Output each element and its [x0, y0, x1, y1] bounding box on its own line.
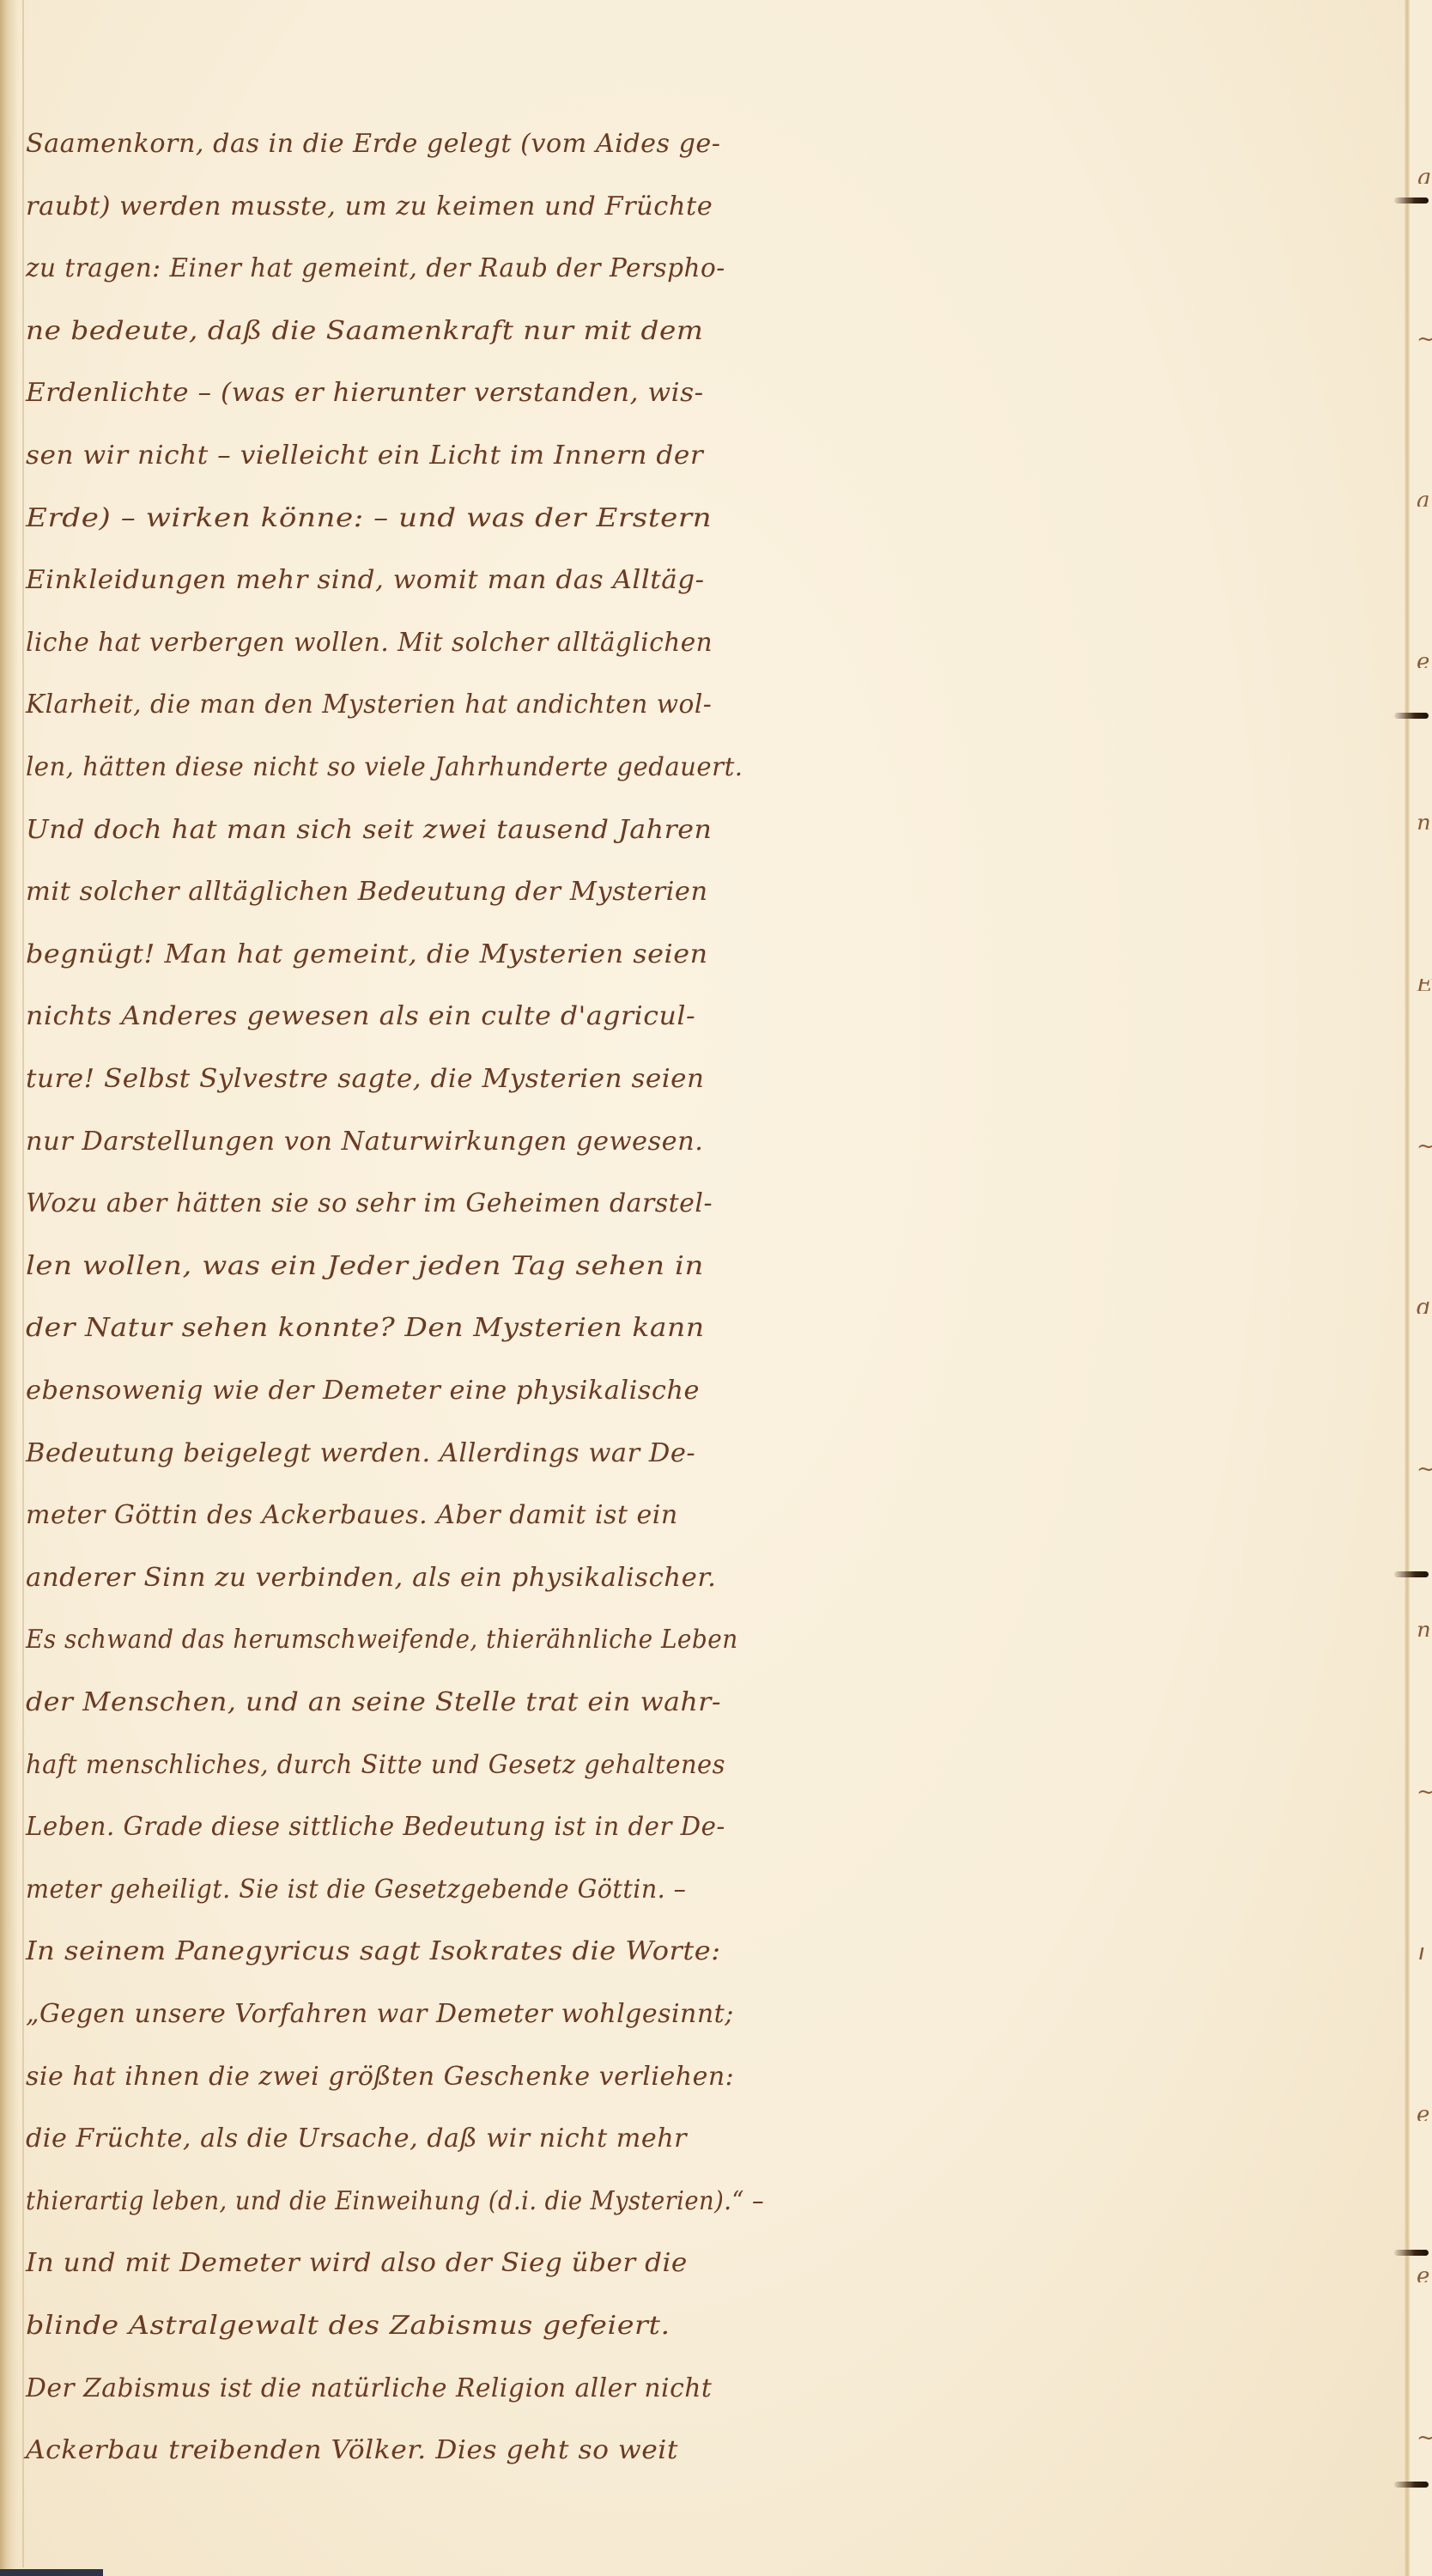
manuscript-line: haft menschliches, durch Sitte und Geset… [26, 1750, 725, 1780]
facing-page-glyph: g [1417, 172, 1432, 184]
manuscript-line: Erde) – wirken könne: – und was der Erst… [26, 503, 712, 533]
manuscript-line: In und mit Demeter wird also der Sieg üb… [26, 2248, 688, 2278]
manuscript-line: ture! Selbst Sylvestre sagte, die Myster… [26, 1064, 704, 1094]
manuscript-line: die Früchte, als die Ursache, daß wir ni… [26, 2123, 687, 2154]
facing-page-glyph: ~ [1417, 2432, 1432, 2444]
page-stack-edge [0, 0, 19, 2576]
facing-page-glyph: n [1417, 1625, 1432, 1637]
facing-page-glyph: n [1417, 817, 1432, 829]
binding-thread [1394, 2482, 1429, 2488]
manuscript-line: Leben. Grade diese sittliche Bedeutung i… [26, 1812, 725, 1842]
facing-page-glyph: ~ [1417, 333, 1432, 345]
binding-thread [1394, 197, 1429, 204]
manuscript-line: meter geheiligt. Sie ist die Gesetzgeben… [26, 1874, 686, 1905]
manuscript-line: nur Darstellungen von Naturwirkungen gew… [26, 1127, 703, 1157]
manuscript-line: „Gegen unsere Vorfahren war Demeter wohl… [26, 1999, 734, 2029]
facing-page-glyph: E [1417, 979, 1432, 991]
facing-page-glyph: ~ [1417, 1786, 1432, 1798]
manuscript-line: len, hätten diese nicht so viele Jahrhun… [26, 752, 743, 782]
facing-page-glyph: e [1417, 656, 1432, 668]
manuscript-line: Klarheit, die man den Mysterien hat andi… [26, 690, 712, 720]
page-edge-line [22, 0, 24, 2567]
manuscript-line: der Natur sehen konnte? Den Mysterien ka… [26, 1313, 705, 1343]
manuscript-line: len wollen, was ein Jeder jeden Tag sehe… [26, 1251, 704, 1281]
manuscript-line: Und doch hat man sich seit zwei tausend … [26, 815, 712, 845]
manuscript-line: Erdenlichte – (was er hierunter verstand… [26, 378, 704, 408]
facing-page-glyph: d [1417, 1302, 1432, 1314]
facing-page-glyph: ~ [1417, 1140, 1432, 1152]
manuscript-line: blinde Astralgewalt des Zabismus gefeier… [26, 2311, 670, 2341]
manuscript-line: In seinem Panegyricus sagt Isokrates die… [26, 1936, 721, 1966]
manuscript-line: anderer Sinn zu verbinden, als ein physi… [26, 1563, 716, 1593]
facing-page-glyph: e [1417, 2270, 1432, 2282]
manuscript-line: Es schwand das herumschweifende, thieräh… [26, 1625, 738, 1655]
manuscript-line: Wozu aber hätten sie so sehr im Geheimen… [26, 1188, 713, 1218]
manuscript-line: thierartig leben, und die Einweihung (d.… [26, 2186, 764, 2216]
manuscript-page: Saamenkorn, das in die Erde gelegt (vom … [0, 0, 1432, 2576]
manuscript-line: meter Göttin des Ackerbaues. Aber damit … [26, 1500, 678, 1530]
manuscript-line: sie hat ihnen die zwei größten Geschenke… [26, 2062, 734, 2092]
facing-page-edge [1410, 0, 1432, 2576]
facing-page-glyph: e [1417, 2109, 1432, 2121]
manuscript-line: Ackerbau treibenden Völker. Dies geht so… [26, 2435, 678, 2465]
manuscript-line: raubt) werden musste, um zu keimen und F… [26, 191, 713, 222]
background-strip [0, 2569, 103, 2576]
manuscript-line: mit solcher alltäglichen Bedeutung der M… [26, 877, 708, 907]
manuscript-line: zu tragen: Einer hat gemeint, der Raub d… [26, 253, 725, 283]
facing-page-glyph: a [1417, 495, 1432, 507]
binding-thread [1394, 713, 1429, 719]
manuscript-line: Einkleidungen mehr sind, womit man das A… [26, 565, 705, 595]
facing-page-glyph: ~ [1417, 1463, 1432, 1475]
binding-thread [1394, 2250, 1429, 2256]
manuscript-line: Bedeutung beigelegt werden. Allerdings w… [26, 1438, 695, 1468]
manuscript-line: begnügt! Man hat gemeint, die Mysterien … [26, 939, 708, 969]
binding-thread [1394, 1571, 1429, 1577]
manuscript-line: nichts Anderes gewesen als ein culte d'a… [26, 1001, 695, 1031]
facing-page-glyph: J [1417, 1947, 1432, 1959]
manuscript-line: sen wir nicht – vielleicht ein Licht im … [26, 440, 703, 471]
manuscript-line: Saamenkorn, das in die Erde gelegt (vom … [26, 129, 720, 159]
manuscript-line: ebensowenig wie der Demeter eine physika… [26, 1376, 700, 1406]
manuscript-line: liche hat verbergen wollen. Mit solcher … [26, 628, 713, 658]
manuscript-line: Der Zabismus ist die natürliche Religion… [26, 2373, 712, 2403]
manuscript-line: der Menschen, und an seine Stelle trat e… [26, 1687, 721, 1717]
manuscript-line: ne bedeute, daß die Saamenkraft nur mit … [26, 316, 703, 346]
